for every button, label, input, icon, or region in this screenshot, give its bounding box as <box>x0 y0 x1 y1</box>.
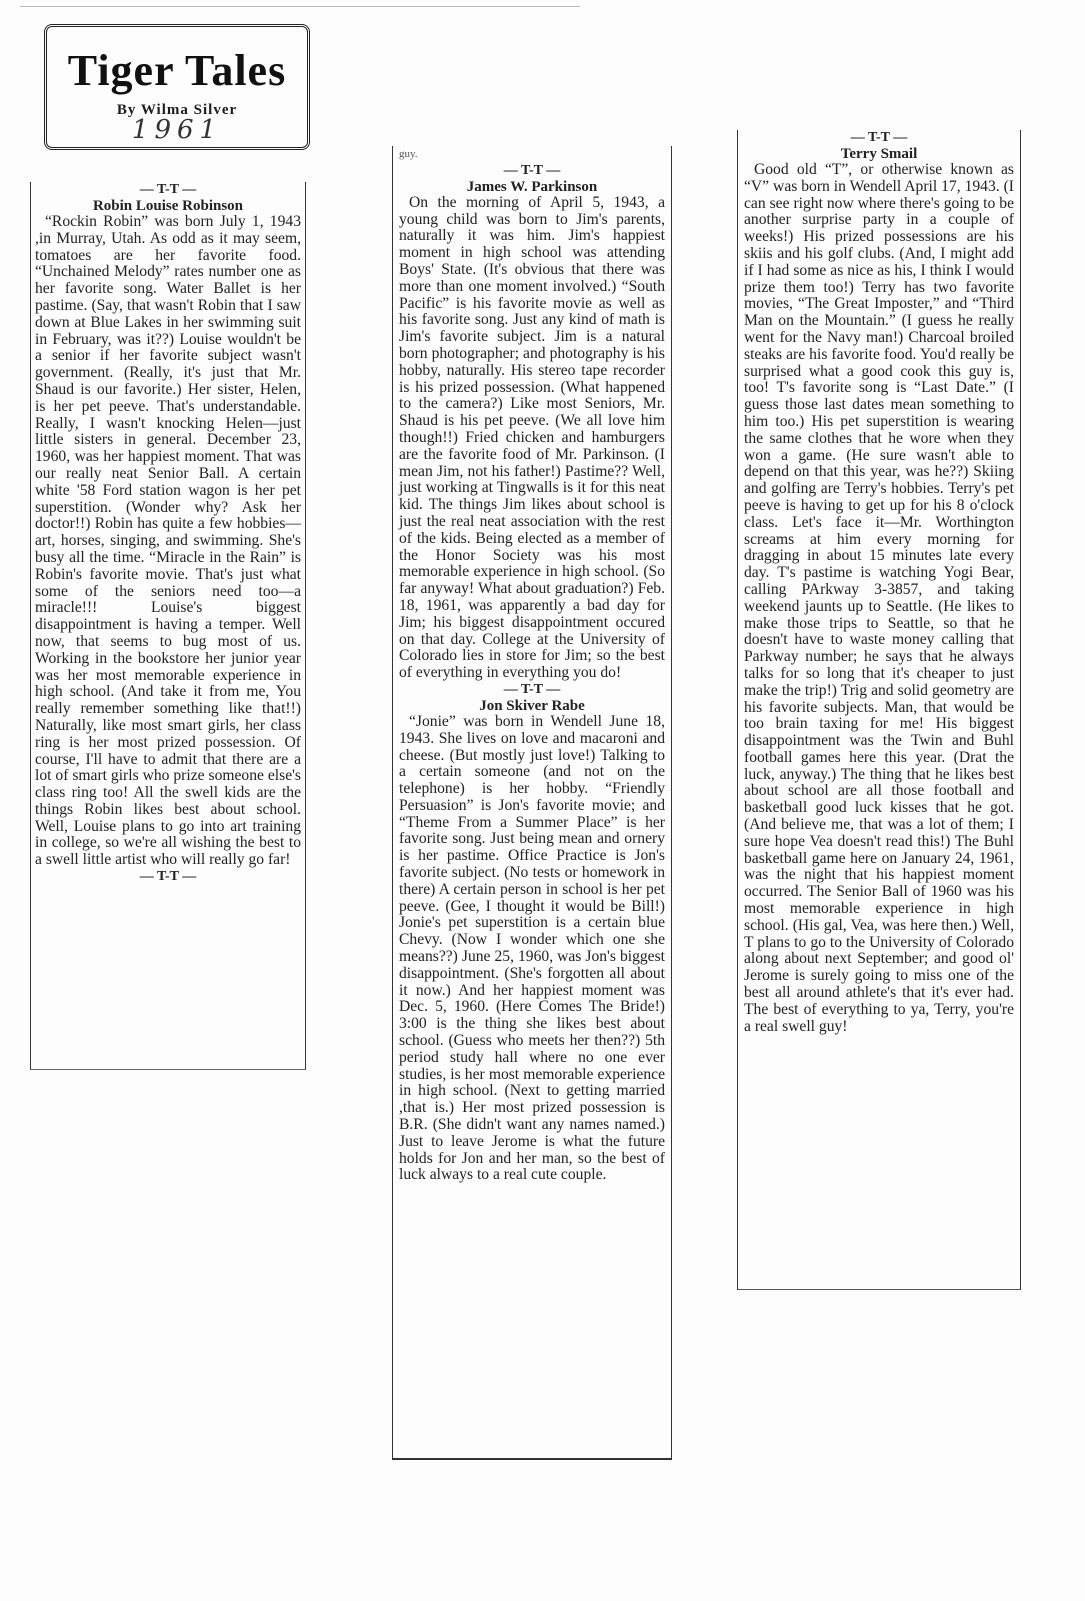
tt-separator: — T-T — <box>399 163 665 179</box>
tt-separator: — T-T — <box>35 869 301 885</box>
article-body: “Rockin Robin” was born July 1, 1943 ,in… <box>35 214 301 869</box>
clipping-parkinson-rabe: guy. — T-T — James W. Parkinson On the m… <box>392 146 672 1460</box>
clipping-terry-smail: — T-T — Terry Smail Good old “T”, or oth… <box>737 130 1021 1290</box>
clipped-fragment: guy. <box>399 146 665 163</box>
article-heading: James W. Parkinson <box>399 179 665 195</box>
article-heading: Terry Smail <box>744 146 1014 162</box>
tt-separator: — T-T — <box>399 682 665 698</box>
article-heading: Robin Louise Robinson <box>35 198 301 214</box>
page-top-edge <box>20 6 580 7</box>
column-masthead: Tiger Tales By Wilma Silver 1961 <box>44 24 310 150</box>
article-body: “Jonie” was born in Wendell June 18, 194… <box>399 714 665 1184</box>
handwritten-year: 1961 <box>47 115 307 145</box>
article-body: Good old “T”, or otherwise known as “V” … <box>744 162 1014 1035</box>
tt-separator: — T-T — <box>744 130 1014 146</box>
tt-separator: — T-T — <box>35 182 301 198</box>
article-body: On the morning of April 5, 1943, a young… <box>399 195 665 682</box>
clipping-robin-robinson: — T-T — Robin Louise Robinson “Rockin Ro… <box>30 182 306 1070</box>
column-title: Tiger Tales <box>47 45 307 96</box>
article-heading: Jon Skiver Rabe <box>399 698 665 714</box>
